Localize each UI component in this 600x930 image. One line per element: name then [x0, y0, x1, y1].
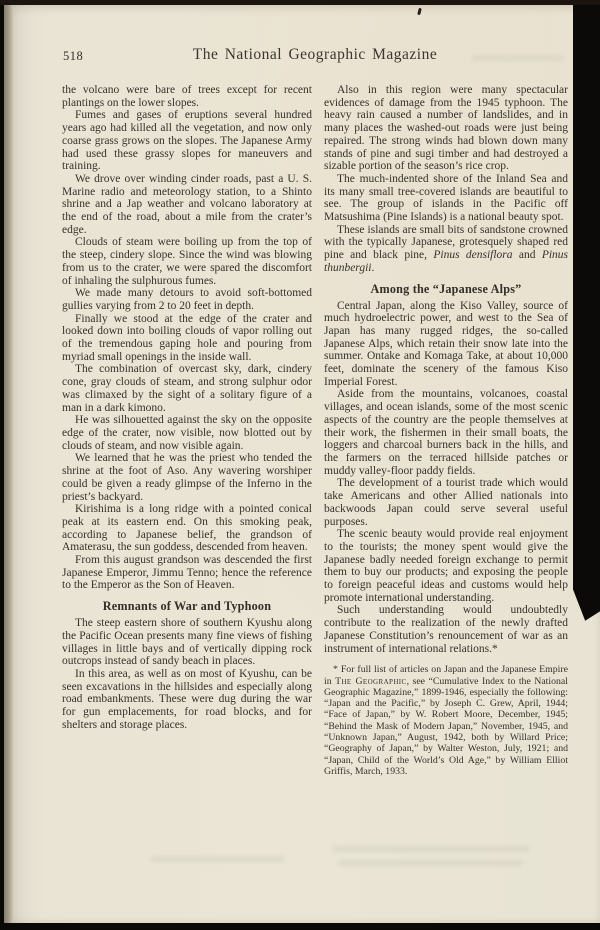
page-content: 518 The National Geographic Magazine the… — [62, 46, 568, 777]
paragraph: Finally we stood at the edge of the crat… — [62, 313, 312, 364]
paragraph: We learned that he was the priest who te… — [62, 452, 312, 503]
bleed-through-mark — [150, 856, 285, 862]
section-heading: Remnants of War and Typhoon — [62, 599, 312, 613]
footnote: * For full list of articles on Japan and… — [324, 664, 568, 777]
paragraph: These islands are small bits of sandston… — [324, 224, 568, 275]
paragraph: Fumes and gases of eruptions several hun… — [62, 109, 312, 173]
paragraph: We drove over winding cinder roads, past… — [62, 173, 312, 237]
paragraph: Aside from the mountains, volcanoes, coa… — [324, 388, 568, 477]
column-right: Also in this region were many spectacula… — [324, 84, 568, 777]
paragraph: Kirishima is a long ridge with a pointed… — [62, 503, 312, 554]
page-gutter-edge — [4, 0, 13, 930]
paragraph: The steep eastern shore of southern Kyus… — [62, 617, 312, 668]
scan-border-bottom — [0, 923, 600, 930]
running-header: 518 The National Geographic Magazine — [62, 46, 568, 68]
column-left: the volcano were bare of trees except fo… — [62, 84, 312, 777]
paragraph: From this august grandson was descended … — [62, 554, 312, 592]
paragraph: Central Japan, along the Kiso Valley, so… — [324, 300, 568, 389]
paragraph: We made many detours to avoid soft-botto… — [62, 287, 312, 312]
bleed-through-mark — [332, 846, 530, 852]
paragraph: In this area, as well as on most of Kyus… — [62, 668, 312, 732]
section-heading: Among the “Japanese Alps” — [324, 282, 568, 296]
paragraph: The scenic beauty would provide real enj… — [324, 528, 568, 604]
paragraph: Also in this region were many spectacula… — [324, 84, 568, 173]
paragraph: the volcano were bare of trees except fo… — [62, 84, 312, 109]
scan-border-top — [0, 0, 600, 5]
bleed-through-mark — [338, 860, 523, 866]
text-columns: the volcano were bare of trees except fo… — [62, 84, 568, 777]
paragraph: The much-indented shore of the Inland Se… — [324, 173, 568, 224]
paragraph: He was silhouetted against the sky on th… — [62, 414, 312, 452]
paragraph: Such understanding would undoubtedly con… — [324, 604, 568, 655]
page-number: 518 — [63, 49, 83, 64]
paragraph: Clouds of steam were boiling up from the… — [62, 236, 312, 287]
magazine-title: The National Geographic Magazine — [62, 46, 568, 64]
scan-border-right — [573, 0, 600, 627]
paragraph: The development of a tourist trade which… — [324, 477, 568, 528]
scan-border-left — [0, 0, 4, 930]
paragraph: The combination of overcast sky, dark, c… — [62, 363, 312, 414]
